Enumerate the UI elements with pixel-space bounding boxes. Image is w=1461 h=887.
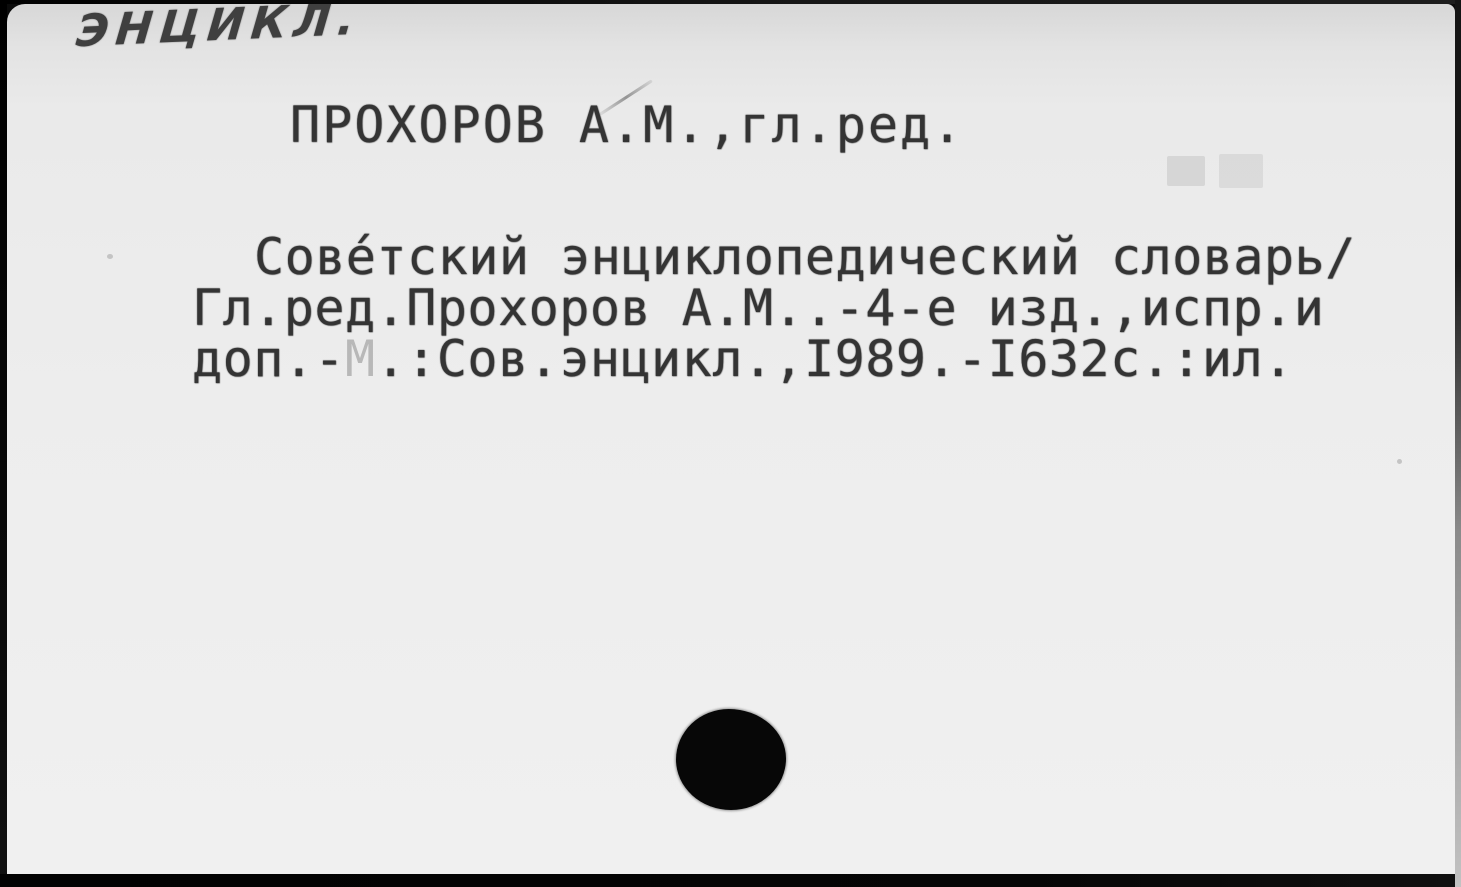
hole-punch-dot — [676, 709, 786, 810]
entry-line-2: Гл.ред.Прохоров А.М..-4-е изд.,испр.и — [192, 283, 1356, 334]
entry-line-3-prefix: доп.- — [192, 330, 345, 388]
handwritten-note: ЭНЦИКЛ. — [74, 0, 364, 57]
scan-edge-top — [0, 0, 1461, 4]
entry-line-3-rest: .:Сов.энцикл.,I989.-I632с.:ил. — [376, 330, 1294, 388]
entry-line-1: Сове́тский энциклопедический словарь/ — [192, 232, 1356, 283]
scan-smudge — [1167, 156, 1205, 186]
entry-line-3: доп.-М.:Сов.энцикл.,I989.-I632с.:ил. — [192, 334, 1356, 385]
card-heading-author: ПРОХОРОВ А.М.,гл.ред. — [290, 96, 964, 154]
scan-speck — [1397, 459, 1402, 464]
scan-smudge — [1219, 154, 1263, 188]
card-paper: ЭНЦИКЛ. ПРОХОРОВ А.М.,гл.ред. Сове́тский… — [7, 4, 1455, 874]
scanned-catalog-card: ЭНЦИКЛ. ПРОХОРОВ А.М.,гл.ред. Сове́тский… — [0, 0, 1461, 887]
scan-edge-bottom — [0, 874, 1461, 887]
scan-speck — [107, 254, 113, 259]
bibliographic-entry: Сове́тский энциклопедический словарь/ Гл… — [192, 232, 1356, 385]
scan-edge-right — [1455, 0, 1461, 887]
entry-line-3-faint-letter: М — [345, 330, 376, 388]
scan-edge-left — [0, 0, 7, 887]
